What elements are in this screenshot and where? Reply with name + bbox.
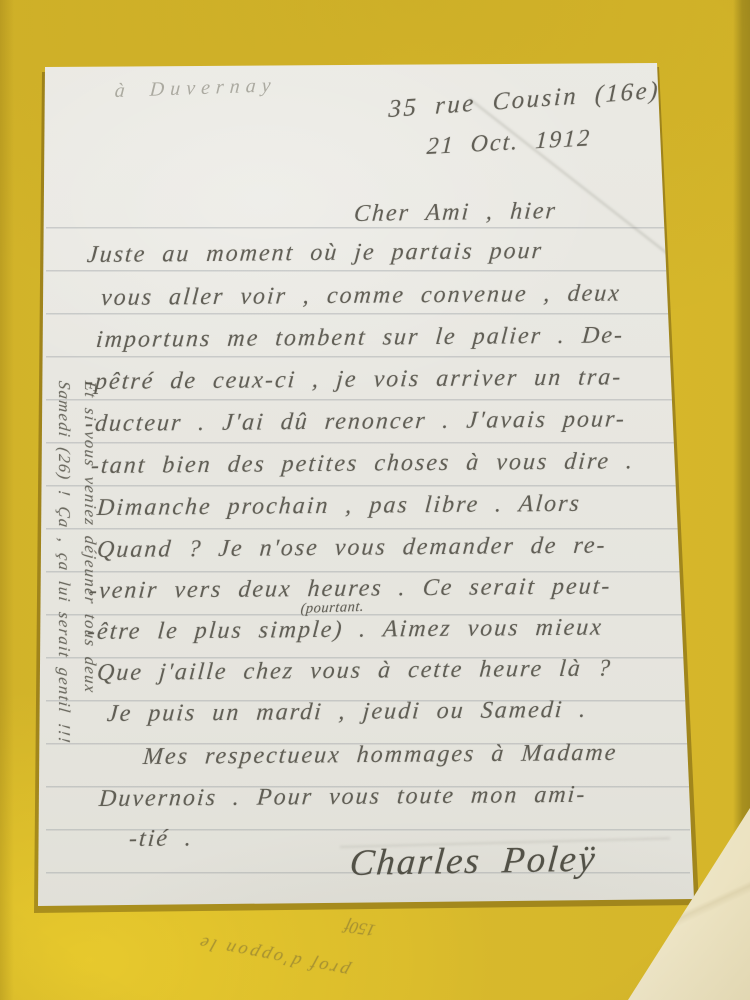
photo-vignette (0, 0, 750, 1000)
